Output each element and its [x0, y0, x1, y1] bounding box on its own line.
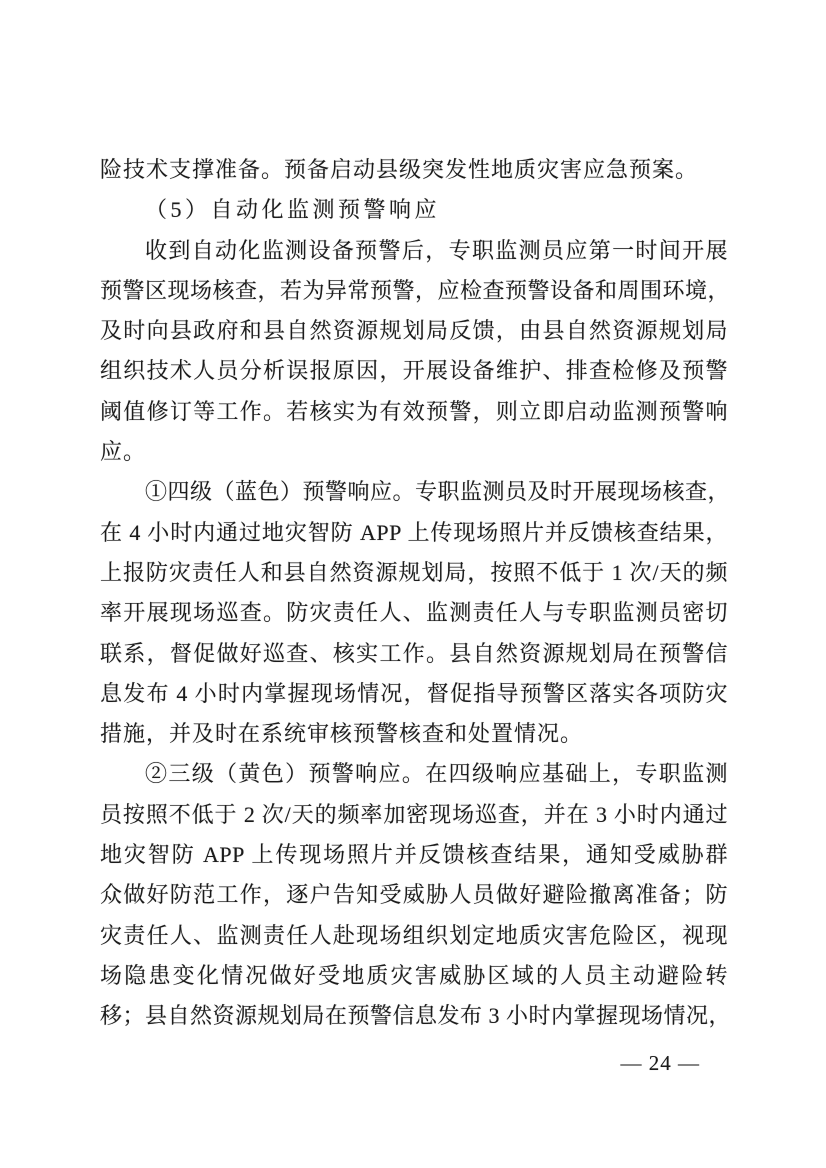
text-line: 众做好防范工作，逐户告知受威胁人员做好避险撤离准备；防 [100, 875, 728, 915]
text-line: 联系，督促做好巡查、核实工作。县自然资源规划局在预警信 [100, 634, 728, 674]
body-text: 险技术支撑准备。预备启动县级突发性地质灾害应急预案。 （5）自动化监测预警响应 … [100, 150, 728, 1037]
text-line: ①四级（蓝色）预警响应。专职监测员及时开展现场核查， [100, 472, 728, 512]
text-line: 息发布 4 小时内掌握现场情况，督促指导预警区落实各项防灾 [100, 674, 728, 714]
document-page: 险技术支撑准备。预备启动县级突发性地质灾害应急预案。 （5）自动化监测预警响应 … [0, 0, 826, 1168]
text-line: 员按照不低于 2 次/天的频率加密现场巡查，并在 3 小时内通过 [100, 795, 728, 835]
text-line: 预警区现场核查，若为异常预警，应检查预警设备和周围环境， [100, 271, 728, 311]
text-line: 收到自动化监测设备预警后，专职监测员应第一时间开展 [100, 231, 728, 271]
text-line: 上报防灾责任人和县自然资源规划局，按照不低于 1 次/天的频 [100, 553, 728, 593]
text-line: 阈值修订等工作。若核实为有效预警，则立即启动监测预警响 [100, 392, 728, 432]
text-line: 措施，并及时在系统审核预警核查和处置情况。 [100, 714, 728, 754]
text-line: 在 4 小时内通过地灾智防 APP 上传现场照片并反馈核查结果， [100, 513, 728, 553]
text-line: 率开展现场巡查。防灾责任人、监测责任人与专职监测员密切 [100, 593, 728, 633]
text-line: 及时向县政府和县自然资源规划局反馈，由县自然资源规划局 [100, 311, 728, 351]
text-line: 灾责任人、监测责任人赴现场组织划定地质灾害危险区，视现 [100, 916, 728, 956]
text-line: 险技术支撑准备。预备启动县级突发性地质灾害应急预案。 [100, 150, 728, 190]
text-line: 组织技术人员分析误报原因，开展设备维护、排查检修及预警 [100, 351, 728, 391]
page-number: — 24 — [621, 1050, 701, 1076]
section-heading: （5）自动化监测预警响应 [100, 190, 728, 230]
text-line: ②三级（黄色）预警响应。在四级响应基础上，专职监测 [100, 754, 728, 794]
text-line: 地灾智防 APP 上传现场照片并反馈核查结果，通知受威胁群 [100, 835, 728, 875]
text-line: 场隐患变化情况做好受地质灾害威胁区域的人员主动避险转 [100, 956, 728, 996]
text-line: 移；县自然资源规划局在预警信息发布 3 小时内掌握现场情况， [100, 996, 728, 1036]
text-line: 应。 [100, 432, 728, 472]
